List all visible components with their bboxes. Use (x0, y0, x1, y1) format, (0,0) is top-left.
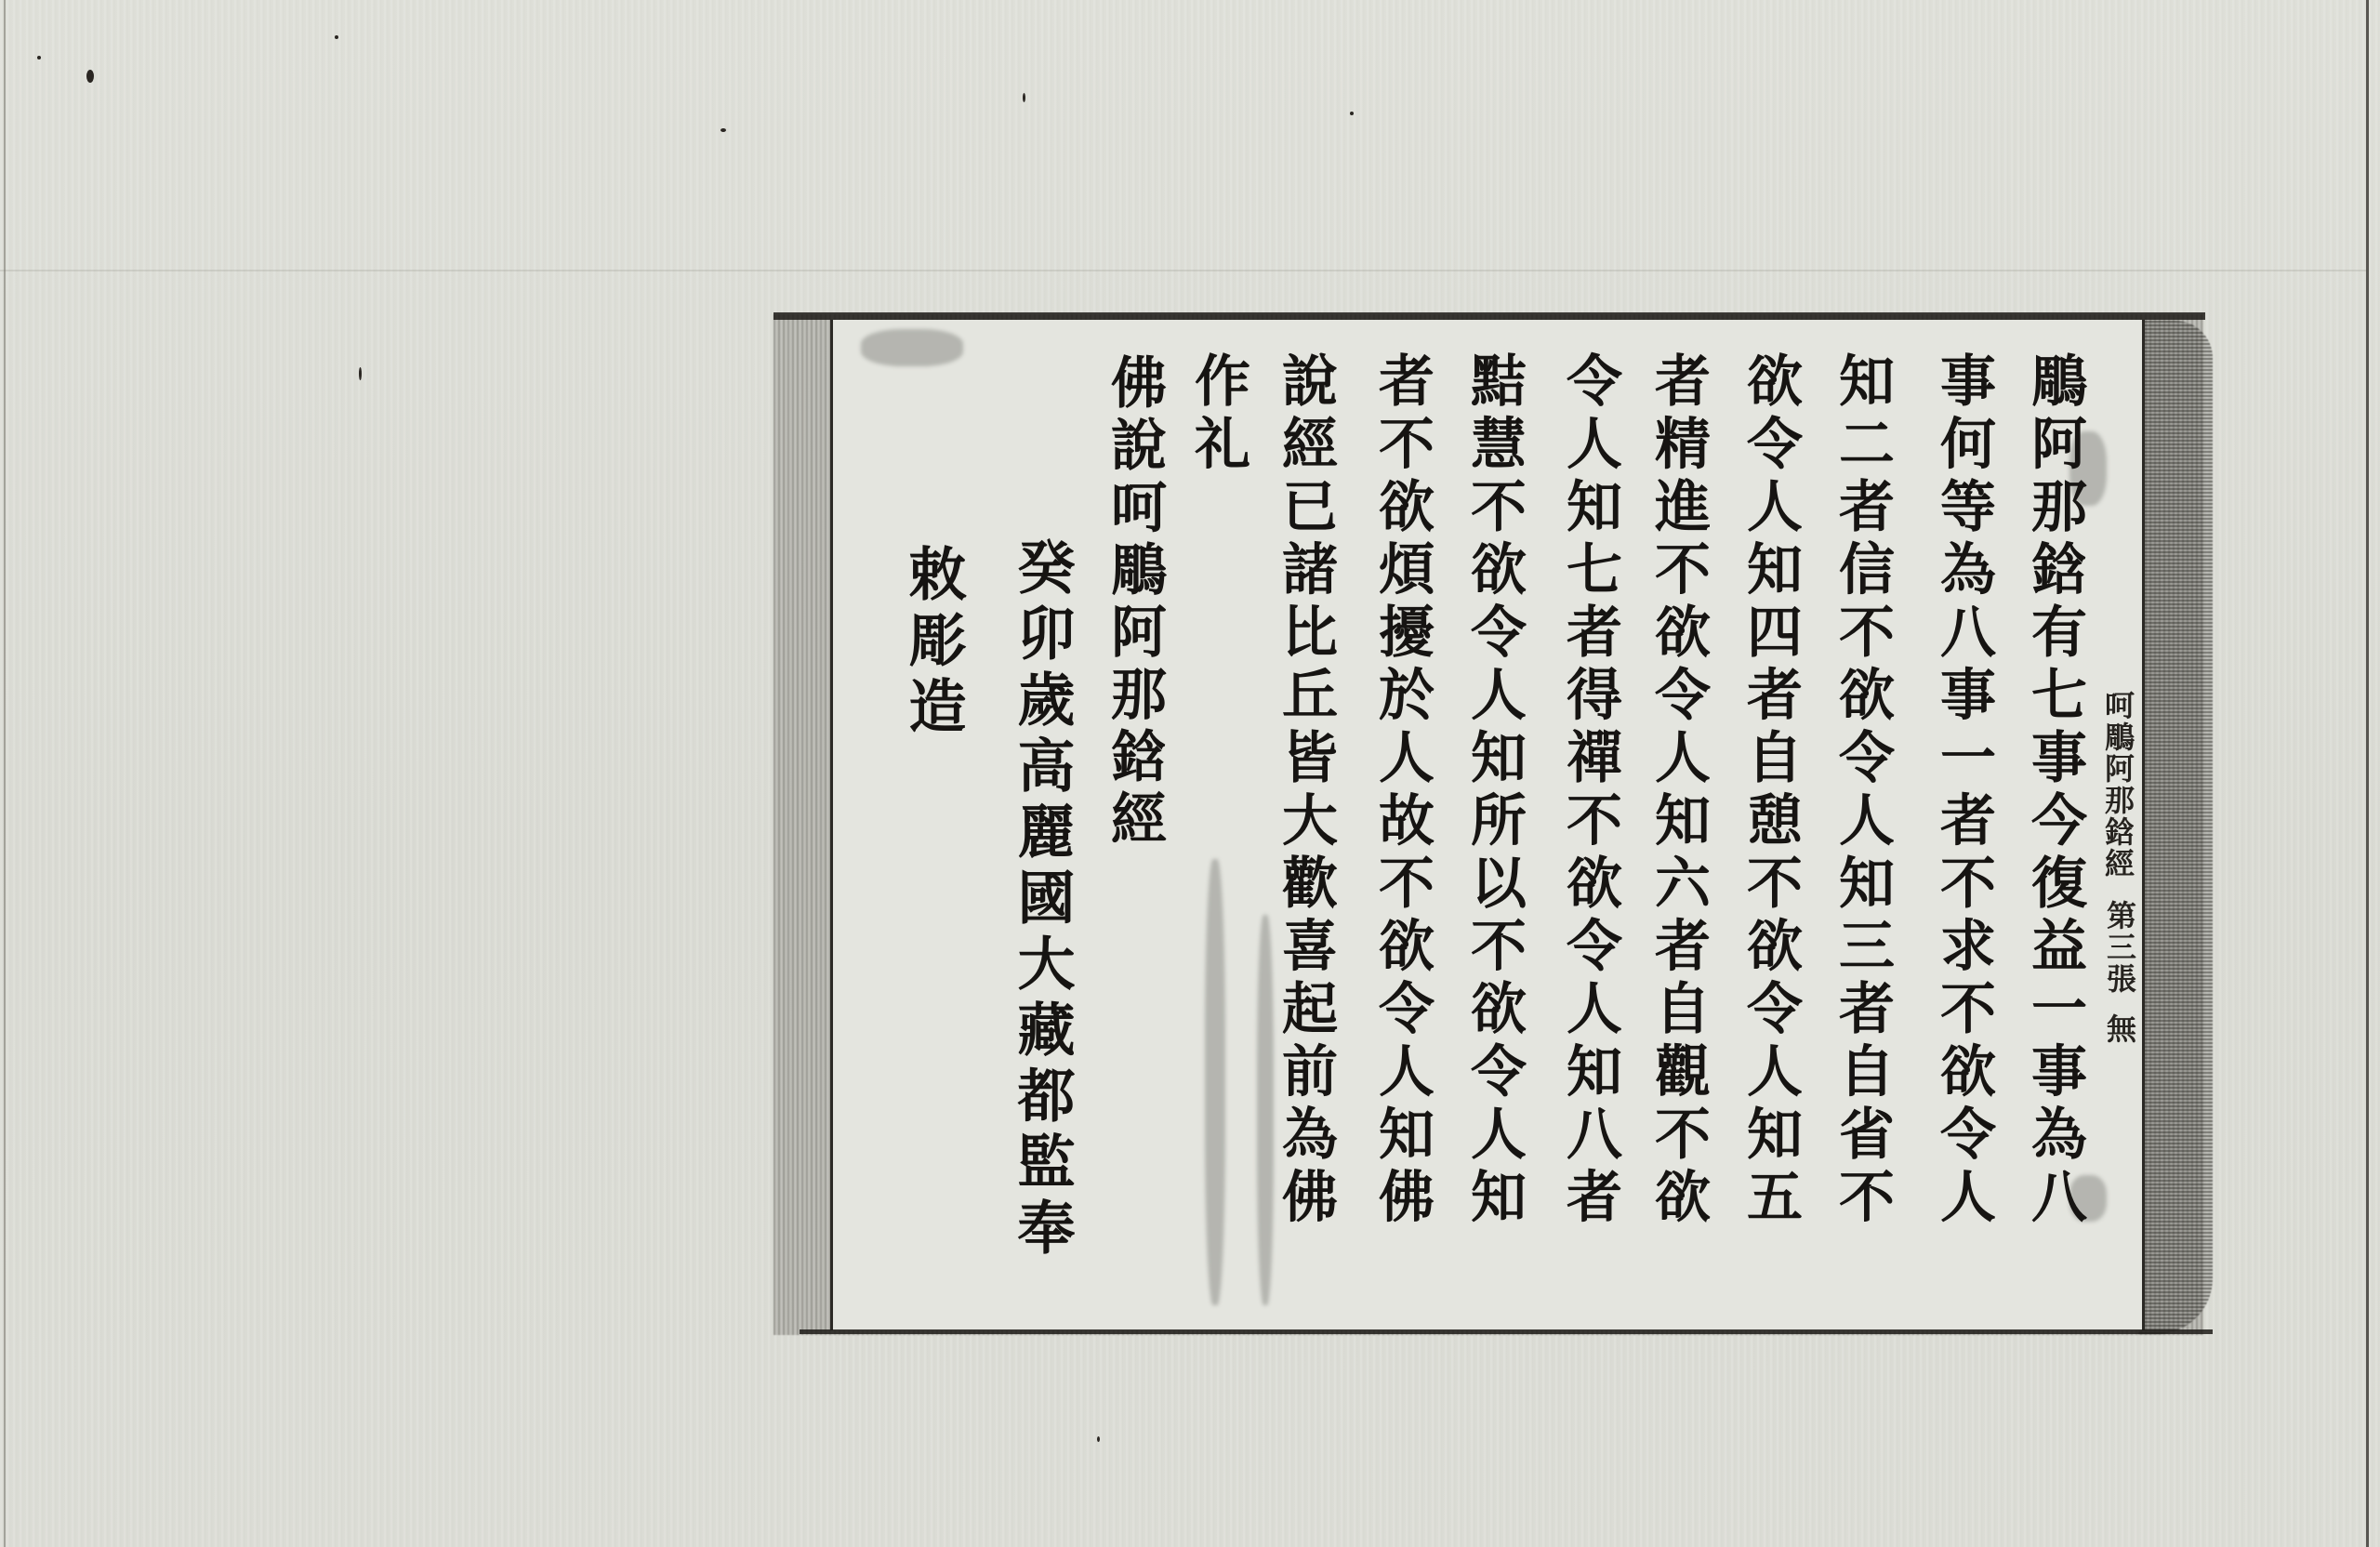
body-column-3: 知二者信不欲令人知三者自省不 (1834, 351, 1890, 1230)
paper-fold-line (0, 270, 2366, 271)
body-column-6: 令人知七者得禪不欲令人知八者 (1562, 351, 1618, 1230)
body-column-1: 鵰阿那鋡有七事今復益一事為八 (2027, 351, 2082, 1230)
paper-speck (1023, 93, 1025, 102)
frame-top-border (773, 312, 2205, 320)
body-column-4: 欲令人知四者自憩不欲令人知五 (1742, 351, 1798, 1230)
ink-smudge (1205, 859, 1225, 1305)
paper-speck (1097, 1436, 1100, 1442)
paper-speck (86, 70, 94, 83)
ink-smudge (861, 329, 963, 366)
scanned-page: 呵鵰阿那鋡經 第三張 無 鵰阿那鋡有七事今復益一事為八 事何等為八事一者不求不欲… (0, 0, 2380, 1547)
paper-speck (37, 56, 41, 59)
closing-sutra-title: 佛說呵鵰阿那鋡經 (1106, 353, 1162, 852)
paper-speck (359, 367, 362, 380)
body-column-9: 說經已諸比丘皆大歡喜起前為佛 (1277, 351, 1333, 1230)
marginal-case-mark: 無 (2105, 1013, 2135, 1045)
paper-speck (335, 35, 338, 39)
body-column-7: 黠慧不欲令人知所以不欲令人知 (1466, 351, 1522, 1230)
colophon-line-1: 癸卯歲高麗國大藏都監奉 (1012, 537, 1070, 1263)
body-column-10: 作礼 (1190, 351, 1246, 477)
colophon-line-2: 敕彫造 (904, 544, 961, 742)
frame-bottom-border (800, 1329, 2213, 1334)
page-left-edge (4, 0, 6, 1547)
body-column-2: 事何等為八事一者不求不欲令人 (1936, 351, 1991, 1230)
ink-smudge (1257, 915, 1274, 1305)
rubbed-frame-right-strip (2138, 321, 2213, 1334)
marginal-sheet-number: 第三張 (2105, 900, 2135, 995)
body-column-8: 者不欲煩擾於人故不欲令人知佛 (1374, 351, 1430, 1230)
paper-speck (721, 128, 726, 132)
page-right-edge (2366, 0, 2369, 1547)
paper-speck (1350, 112, 1354, 115)
body-column-5: 者精進不欲令人知六者自觀不欲 (1650, 351, 1706, 1230)
marginal-sutra-title: 呵鵰阿那鋡經 (2103, 690, 2133, 879)
